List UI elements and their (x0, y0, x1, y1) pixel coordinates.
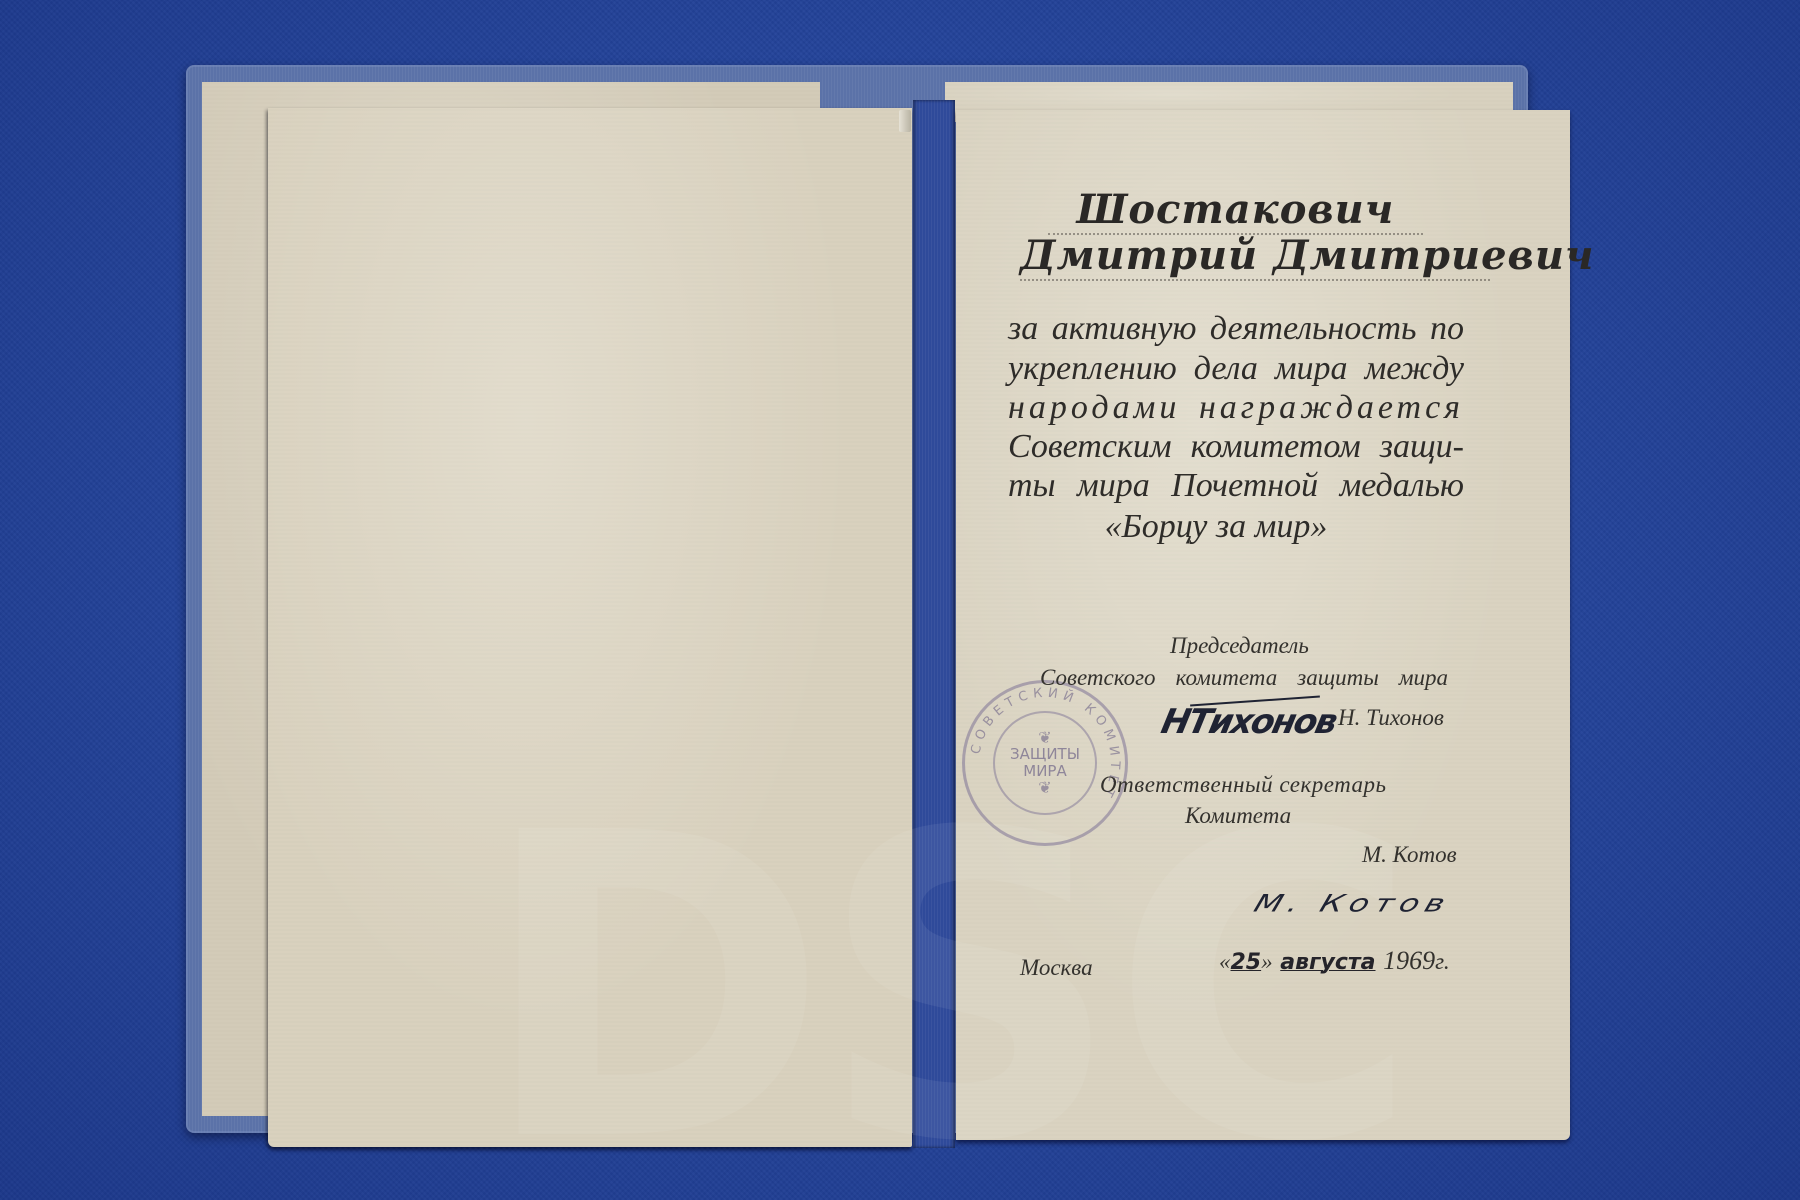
chairman-organization: Советского комитета защиты мира (1040, 666, 1448, 689)
left-blank-page (268, 108, 912, 1147)
date-suffix: г. (1435, 949, 1449, 974)
stamp-center-line-1: ЗАЩИТЫ (1010, 746, 1080, 763)
body-line-3: народами награждается (1008, 391, 1464, 425)
recipient-surname: Шостакович (1048, 186, 1423, 235)
folder-spine (913, 100, 955, 1148)
laurel-branch-icon: ❦ (1038, 730, 1051, 746)
date-close-quote: » (1261, 949, 1273, 974)
date-month: августа (1280, 950, 1375, 975)
body-line-5: ты мира Почетной медалью (1008, 469, 1464, 503)
chairman-signature: НТихонов (1158, 702, 1340, 742)
chairman-name: Н. Тихонов (1338, 706, 1444, 729)
spine-clip (899, 110, 911, 132)
body-line-2: укреплению дела мира между (1008, 352, 1464, 386)
recipient-name-patronymic: Дмитрий Дмитриевич (1020, 232, 1490, 281)
chairman-title: Председатель (1170, 634, 1309, 657)
stamp-center: ❦ ЗАЩИТЫ МИРА ❦ (993, 711, 1097, 815)
date-open-quote: « (1219, 949, 1231, 974)
place-moscow: Москва (1020, 956, 1093, 979)
laurel-branch-icon: ❦ (1038, 780, 1051, 796)
secretary-title: Ответственный секретарь (1100, 773, 1387, 796)
date-day: 25 (1231, 950, 1262, 975)
date-year: 1969 (1383, 946, 1435, 975)
committee-stamp: СОВЕТСКИЙ КОМИТЕТ ❦ ЗАЩИТЫ МИРА ❦ (962, 680, 1128, 846)
secretary-organization: Комитета (1185, 804, 1291, 827)
secretary-signature: М. Котов (1250, 889, 1455, 918)
issue-date: «25» августа 1969г. (1219, 946, 1450, 978)
body-line-4: Советским комитетом защи- (1008, 430, 1464, 464)
medal-name: «Борцу за мир» (1008, 510, 1464, 544)
body-line-1: за активную деятельность по (1008, 312, 1464, 346)
secretary-name: М. Котов (1362, 843, 1457, 866)
